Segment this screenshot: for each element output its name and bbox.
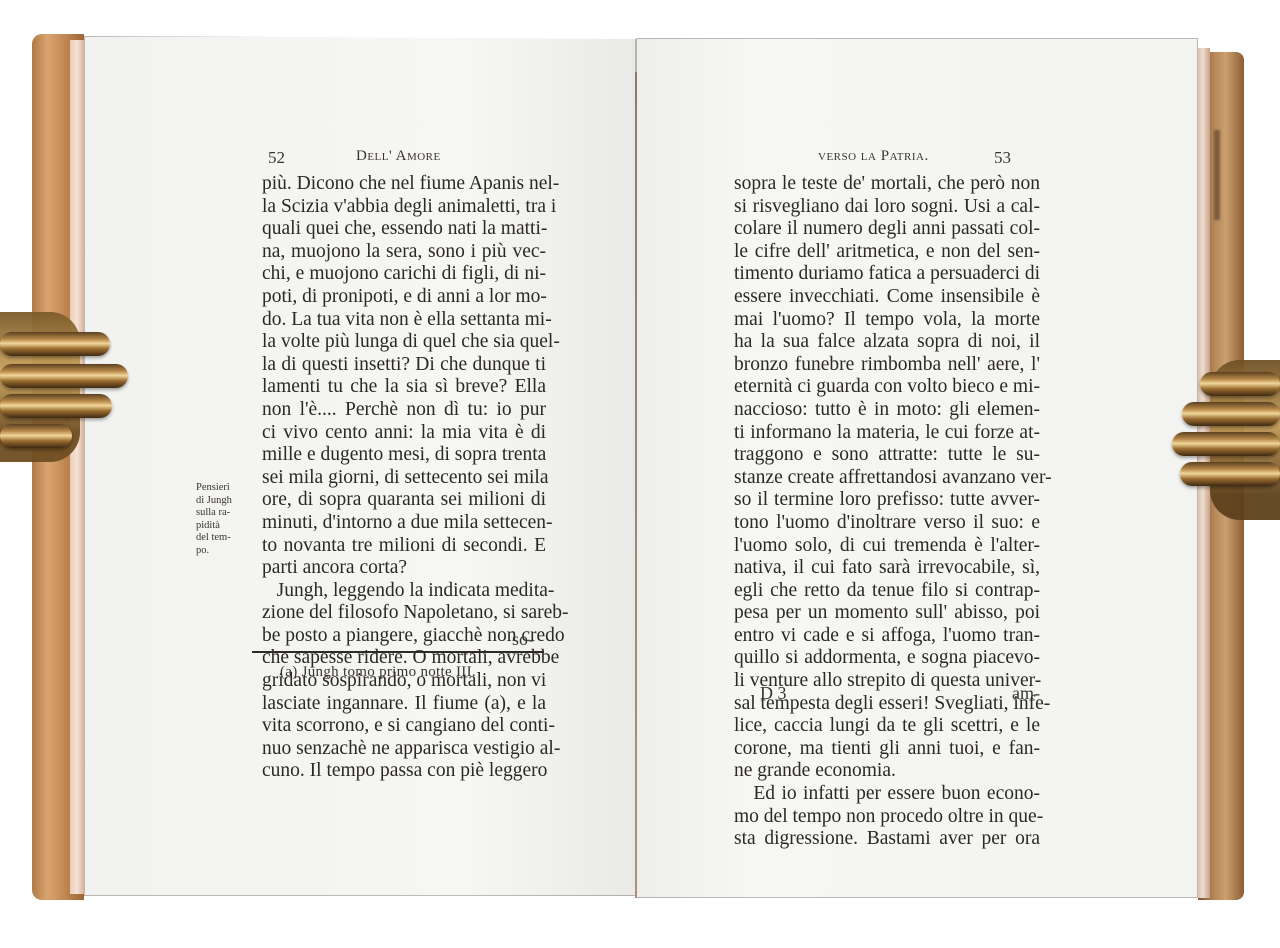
margin-note-line: di Jungh (196, 495, 250, 508)
brass-finger (0, 332, 110, 356)
left-page-body: più. Dicono che nel fiume Apanis nel- la… (262, 173, 546, 783)
right-running-head: verso la Patria. (818, 148, 929, 165)
right-brass-hand-holder (1170, 360, 1280, 530)
text-line: ti informano la materia, le cui forze at… (734, 422, 1040, 445)
text-line: pesa per un momento sull' abisso, poi (734, 602, 1040, 625)
margin-note-line: po. (196, 545, 250, 558)
text-line: naccioso: tutto è in moto: gli elemen- (734, 399, 1040, 422)
text-line: quillo si addormenta, e sogna piacevo- (734, 647, 1040, 670)
margin-note-line: del tem- (196, 532, 250, 545)
text-line: la Scizia v'abbia degli animaletti, tra … (262, 196, 546, 219)
text-line: quali quei che, essendo nati la matti- (262, 218, 546, 241)
brass-thumb (1200, 372, 1280, 396)
text-line: poti, di pronipoti, e di anni a lor mo- (262, 286, 546, 309)
right-page-body: sopra le teste de' mortali, che però non… (734, 173, 1040, 851)
text-line: cuno. Il tempo passa con piè leggero (262, 760, 546, 783)
text-line: Ed io infatti per essere buon econo- (734, 783, 1040, 806)
text-line: na, muojono la sera, sono i più vec- (262, 241, 546, 264)
left-running-head: Dell' Amore (356, 148, 441, 165)
text-line: traggono e sono attratte: tutte le su- (734, 444, 1040, 467)
text-line: lasciate ingannare. Il fiume (a), e la (262, 693, 546, 716)
text-line: mille e dugento mesi, di sopra trenta (262, 444, 546, 467)
text-line: to novanta tre milioni di secondi. E (262, 535, 546, 558)
text-line: chi, e muojono carichi di figli, di ni- (262, 263, 546, 286)
margin-note: Pensieri di Jungh sulla ra- pidità del t… (196, 482, 250, 557)
footnote: (a) Jungh tomo primo notte III. (280, 664, 476, 681)
text-line: bronzo funebre rimbomba nell' aere, l' (734, 354, 1040, 377)
left-catchword: so- (512, 629, 534, 650)
text-line: corone, ma tienti gli anni tuoi, e fan- (734, 738, 1040, 761)
text-line: timento duriamo fatica a persuaderci di (734, 263, 1040, 286)
brass-finger (1172, 432, 1280, 456)
text-line: lice, caccia lungi da te gli scettri, e … (734, 715, 1040, 738)
left-brass-hand-holder (0, 312, 140, 472)
text-line: minuti, d'intorno a due mila settecen- (262, 512, 546, 535)
text-line: colare il numero degli anni passati col- (734, 218, 1040, 241)
text-line: zione del filosofo Napoletano, si sareb- (262, 602, 546, 625)
text-line: sta digressione. Bastami aver per ora (734, 828, 1040, 851)
text-line: la di questi insetti? Di che dunque ti (262, 354, 546, 377)
text-line: mai l'uomo? Il tempo vola, la morte (734, 309, 1040, 332)
right-catchword: am- (1012, 683, 1040, 704)
brass-finger (0, 364, 128, 388)
text-line: mo del tempo non procedo oltre in que- (734, 806, 1040, 829)
text-line: ci vivo cento anni: la mia vita è di (262, 422, 546, 445)
text-line: do. La tua vita non è ella settanta mi- (262, 309, 546, 332)
text-line: eternità ci guarda con volto bieco e mi- (734, 376, 1040, 399)
text-line: sei mila giorni, di settecento sei mila (262, 467, 546, 490)
margin-note-line: Pensieri (196, 482, 250, 495)
brass-finger (0, 394, 112, 418)
text-line: so il termine loro prefisso: tutte avver… (734, 489, 1040, 512)
text-line: essere invecchiati. Come insensibile è (734, 286, 1040, 309)
text-line: vita scorrono, e si cangiano del conti- (262, 715, 546, 738)
book-gutter (635, 72, 637, 898)
text-line: egli che retto da tenue filo si contrap- (734, 580, 1040, 603)
brass-finger (1180, 462, 1280, 486)
signature-mark: D 3 (760, 683, 787, 704)
left-page-number: 52 (268, 148, 285, 168)
text-line: non l'è.... Perchè non dì tu: io pur (262, 399, 546, 422)
right-page-number: 53 (994, 148, 1011, 168)
text-line: ne grande economia. (734, 760, 1040, 783)
text-line: nativa, il cui fato sarà irrevocabile, s… (734, 557, 1040, 580)
text-line: l'uomo solo, di cui tremenda è l'alter- (734, 535, 1040, 558)
text-line: entro vi cade e si affoga, l'uomo tran- (734, 625, 1040, 648)
footnote-rule (252, 651, 544, 653)
text-line: ore, di sopra quaranta sei milioni di (262, 489, 546, 512)
text-line: Jungh, leggendo la indicata medita- (262, 580, 546, 603)
text-line: stanze create affrettandosi avanzano ver… (734, 467, 1040, 490)
leather-stain (1214, 130, 1220, 220)
text-line: le cifre dell' aritmetica, e non del sen… (734, 241, 1040, 264)
text-line: si risvegliano dai loro sogni. Usi a cal… (734, 196, 1040, 219)
text-line: parti ancora corta? (262, 557, 546, 580)
text-line: tono l'uomo d'inoltrare verso il suo: e (734, 512, 1040, 535)
text-line: lamenti tu che la sia sì breve? Ella (262, 376, 546, 399)
text-line: be posto a piangere, giacchè non credo (262, 625, 546, 648)
margin-note-line: pidità (196, 520, 250, 533)
text-line: nuo senzachè ne apparisca vestigio al- (262, 738, 546, 761)
margin-note-line: sulla ra- (196, 507, 250, 520)
text-line: ha la sua falce alzata sopra di noi, il (734, 331, 1040, 354)
text-line: la volte più lunga di quel che sia quel- (262, 331, 546, 354)
text-line: sopra le teste de' mortali, che però non (734, 173, 1040, 196)
text-line: più. Dicono che nel fiume Apanis nel- (262, 173, 546, 196)
brass-thumb (0, 424, 72, 448)
brass-finger (1182, 402, 1280, 426)
